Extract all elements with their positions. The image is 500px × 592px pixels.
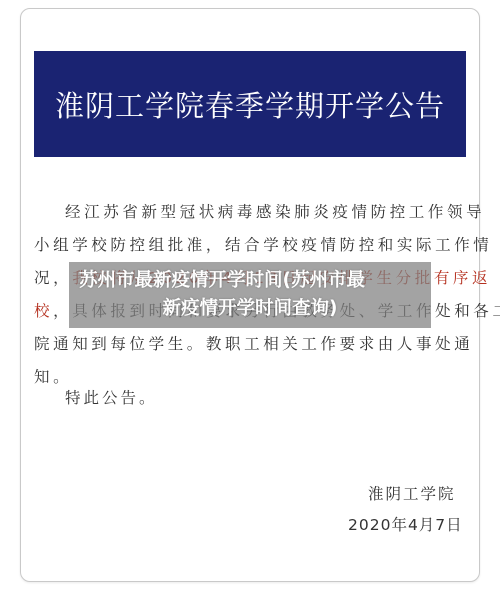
signature-organization: 淮阴工学院 [368,482,456,504]
notice-title: 淮阴工学院春季学期开学公告 [55,84,445,125]
highlighted-text: 校 [34,302,53,320]
closing-remark: 特此公告。 [65,386,158,408]
caption-line: 苏州市最新疫情开学时间(苏州市最 [75,267,365,295]
body-text-segment: 况， [34,269,72,287]
body-line: 经江苏省新型冠状病毒感染肺炎疫情防控工作领导 [34,196,434,229]
notice-banner: 淮阴工学院春季学期开学公告 [34,51,466,157]
signature-date: 2020年4月7日 [348,513,463,535]
caption-overlay: 苏州市最新疫情开学时间(苏州市最 新疫情开学时间查询) [69,262,431,328]
body-line: 院通知到每位学生。教职工相关工作要求由人事处通 [34,328,434,361]
caption-line: 新疫情开学时间查询) [163,295,338,323]
body-line: 小组学校防控组批准，结合学校疫情防控和实际工作情 [34,229,434,262]
page: 淮阴工学院春季学期开学公告 经江苏省新型冠状病毒感染肺炎疫情防控工作领导 小组学… [0,0,500,592]
